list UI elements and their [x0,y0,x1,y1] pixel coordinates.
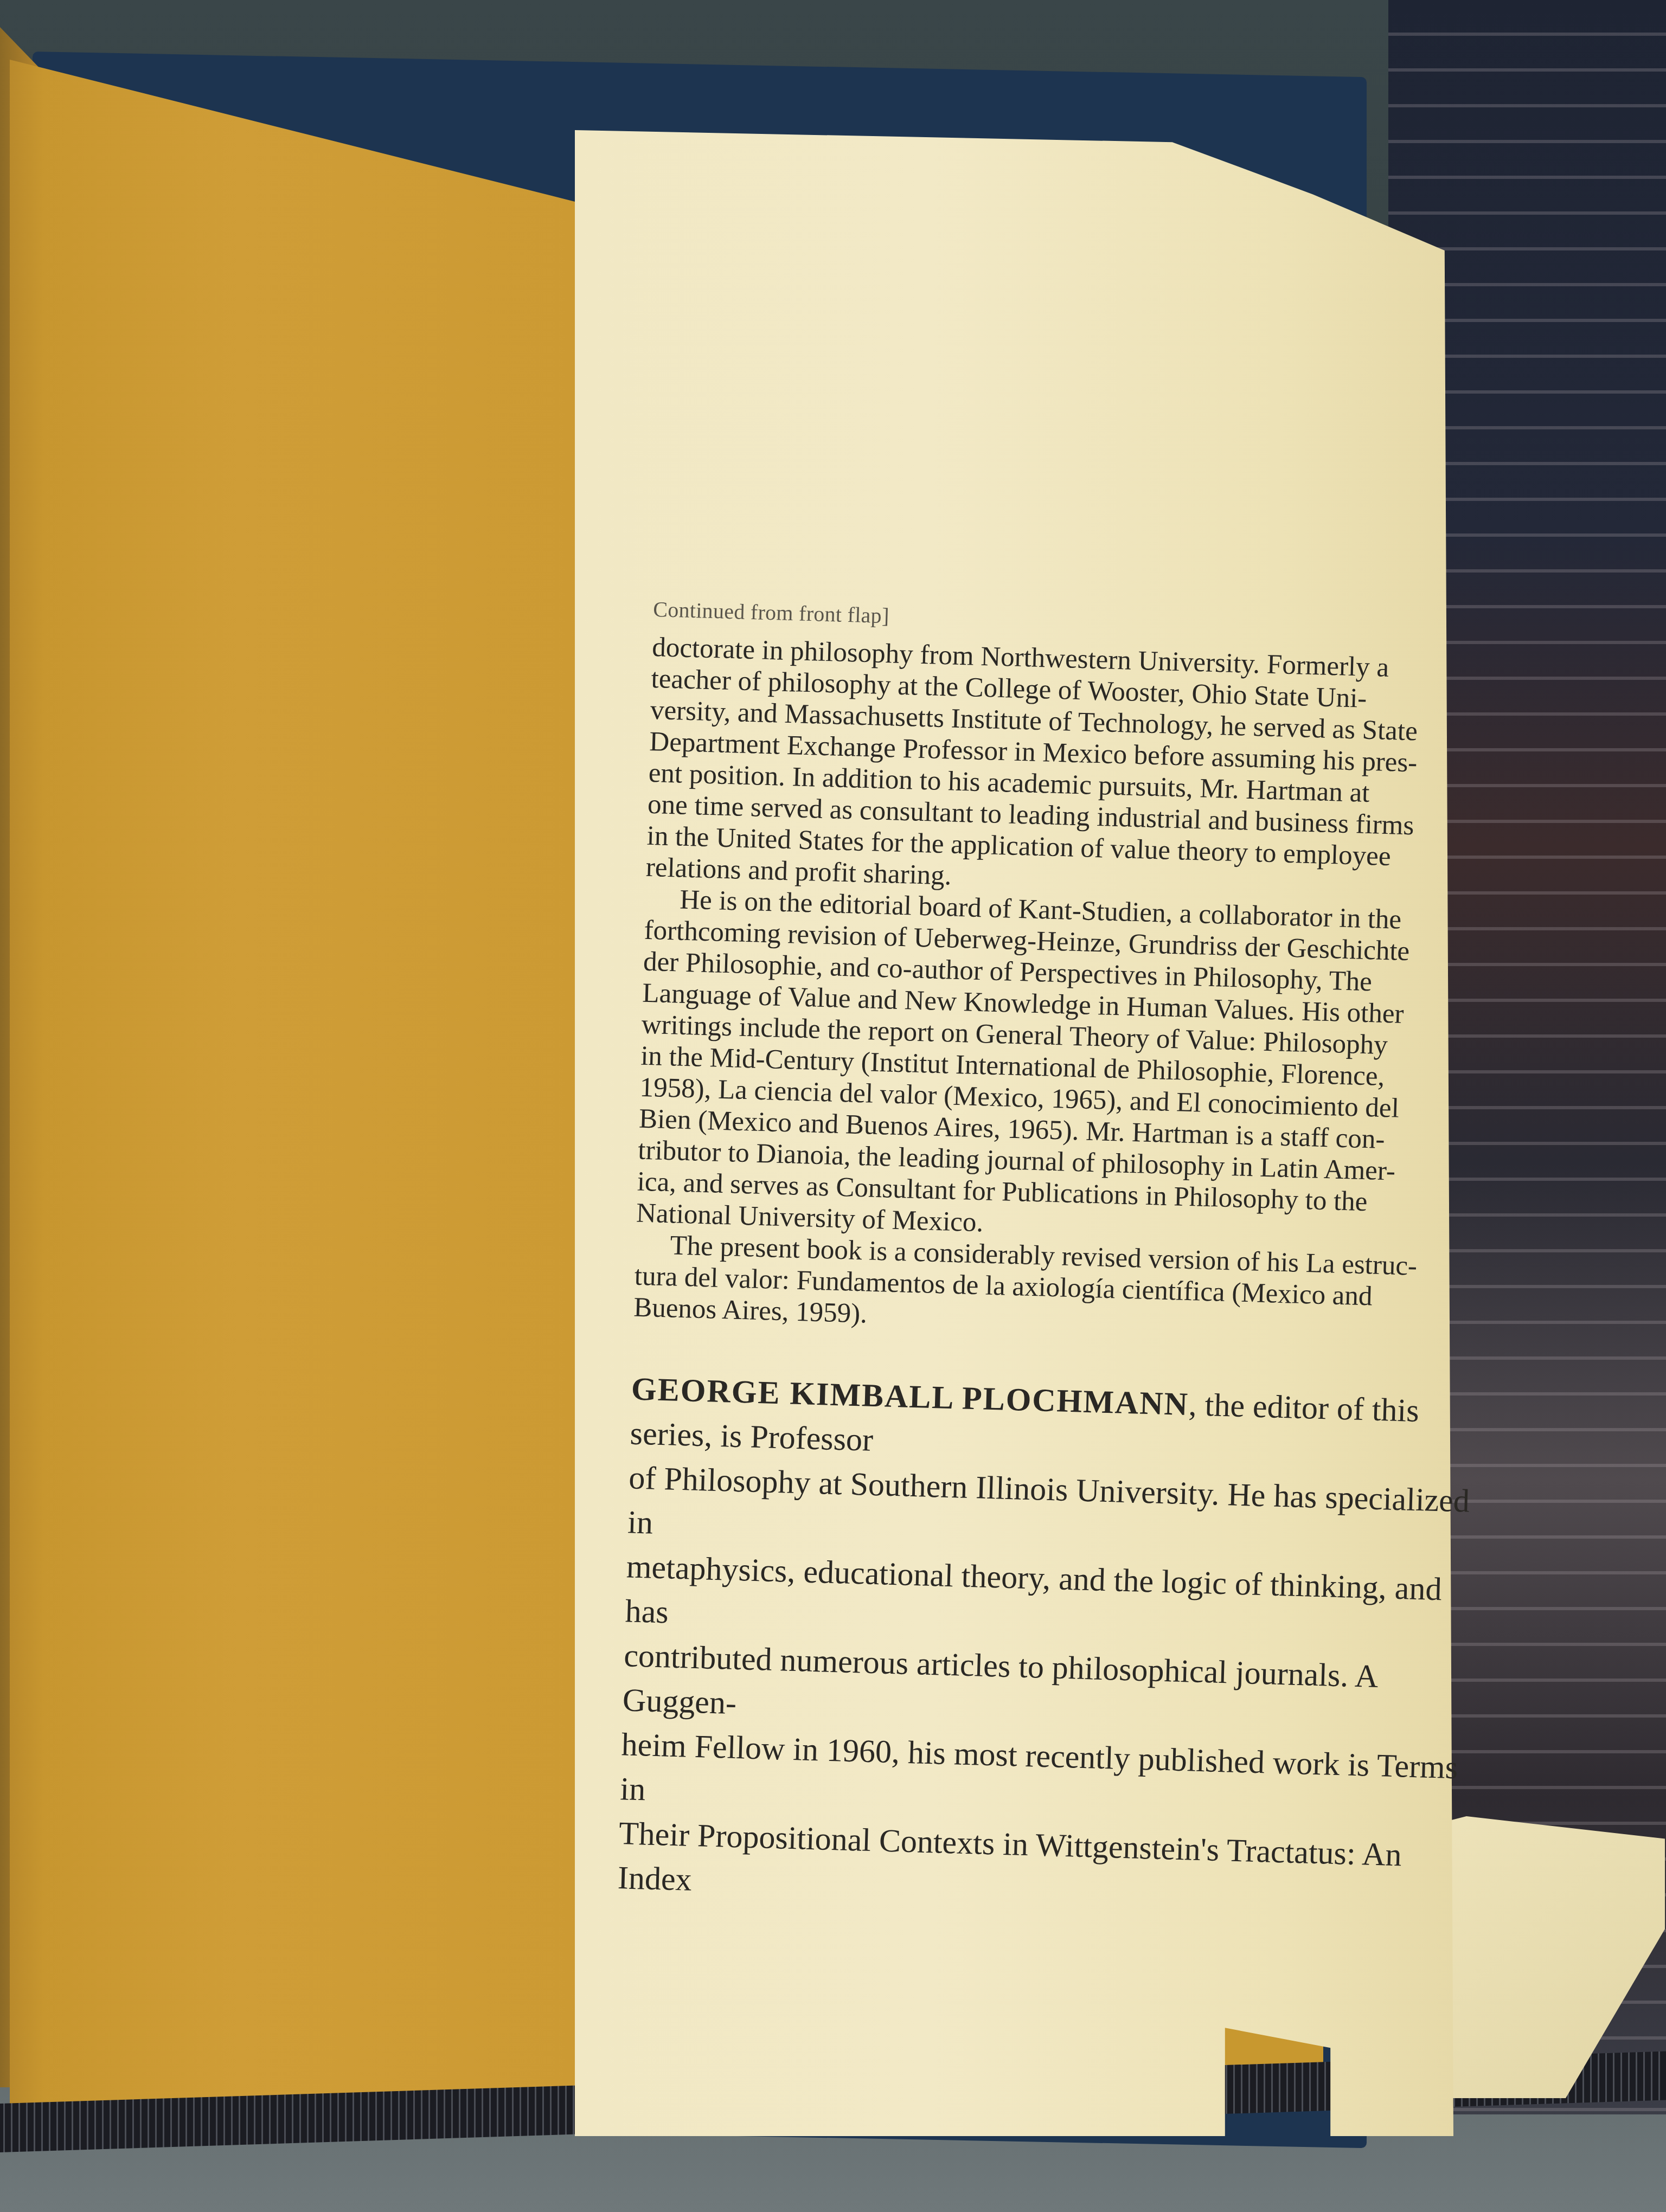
bio-paragraph-2: He is on the editorial board of Kant-Stu… [636,883,1491,1252]
flap-text-block: Continued from front flap] doctorate in … [617,596,1500,1924]
editor-bio: GEORGE KIMBALL PLOCHMANN, the editor of … [617,1366,1478,1923]
bio-paragraph-1: doctorate in philosophy from Northwester… [645,632,1498,906]
endpaper [10,60,579,2104]
editor-bio-text: , the editor of this series, is Professo… [617,1386,1470,1898]
editor-name: GEORGE KIMBALL PLOCHMANN [631,1371,1189,1422]
